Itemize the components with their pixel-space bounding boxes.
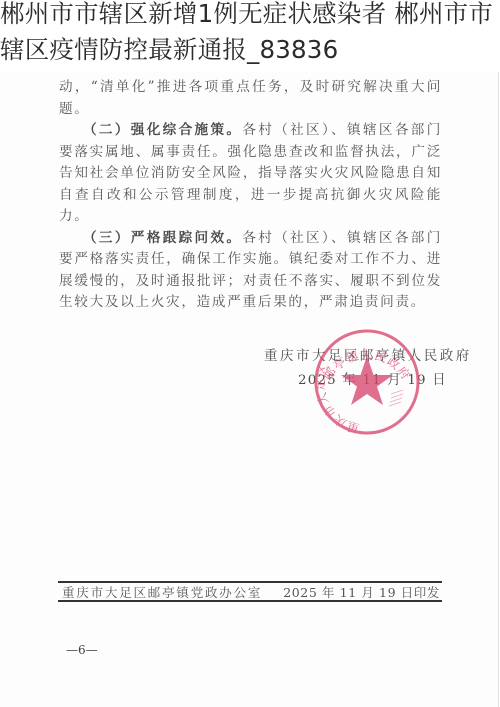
footer-issuance-row: 重庆市大足区邮亭镇党政办公室 2025 年 11 月 19 日印发 xyxy=(62,584,440,600)
document-body: 动，“清单化”推进各项重点任务，及时研究解决重大问题。 （二）强化综合施策。各村… xyxy=(59,77,442,314)
issuer-office: 重庆市大足区邮亭镇党政办公室 xyxy=(62,583,262,601)
issue-date: 2025 年 11 月 19 日印发 xyxy=(283,583,440,601)
paragraph-text: 动，“清单化”推进各项重点任务，及时研究解决重大问题。 xyxy=(59,79,442,117)
official-seal-icon: 邮亭镇人民政府 重庆市大足区 xyxy=(313,328,421,436)
paragraph-section-2: （二）强化综合施策。各村（社区）、镇辖区各部门要落实属地、属事责任。强化隐患查改… xyxy=(59,120,442,228)
paragraph-section-3: （三）严格跟踪问效。各村（社区）、镇辖区各部门要严格落实责任，确保工作实施。镇纪… xyxy=(59,228,442,314)
paragraph-continuation: 动，“清单化”推进各项重点任务，及时研究解决重大问题。 xyxy=(59,77,442,120)
page-title: 郴州市市辖区新增1例无症状感染者 郴州市市辖区疫情防控最新通报_83836 xyxy=(0,0,500,68)
section-heading: （三）严格跟踪问效。 xyxy=(83,230,242,246)
section-heading: （二）强化综合施策。 xyxy=(83,122,242,138)
page-number: —6— xyxy=(66,643,98,657)
footer-rule-bottom xyxy=(58,600,442,602)
